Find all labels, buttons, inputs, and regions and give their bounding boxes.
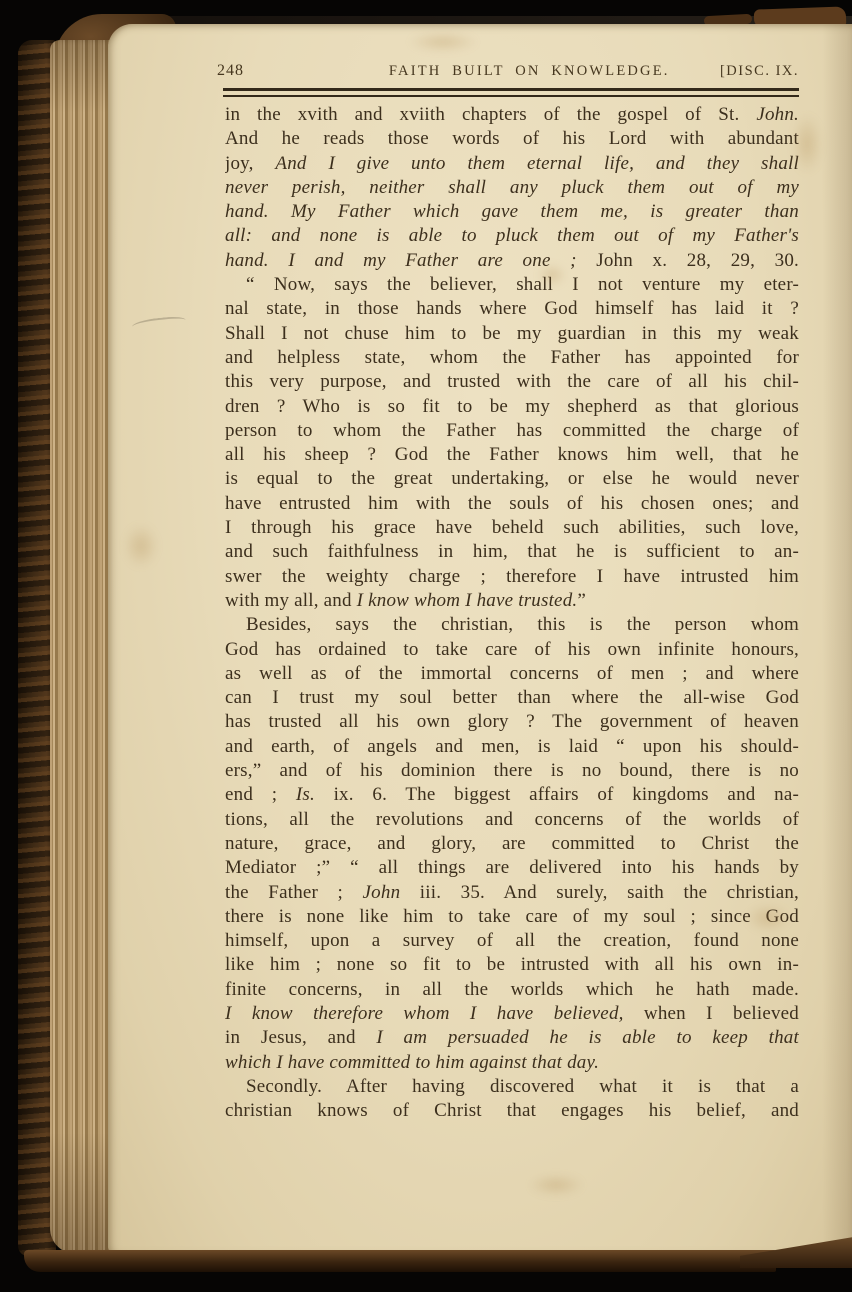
text-line: himself, upon a survey of all the creati… — [225, 929, 799, 953]
text-segment: ” — [577, 590, 586, 611]
text-line: swer the weighty charge ; therefore I ha… — [225, 565, 799, 589]
text-segment: christian knows of Christ that engages h… — [225, 1100, 799, 1121]
text-segment: is equal to the great undertaking, or el… — [225, 468, 799, 489]
text-segment: person to whom the Father has committed … — [225, 420, 799, 441]
text-line: all: and none is able to pluck them out … — [225, 224, 799, 248]
italic-text-segment: all: and none is able to pluck them out … — [225, 225, 799, 246]
text-segment: iii. 35. And surely, saith the christian… — [400, 882, 799, 903]
text-line: nal state, in those hands where God hims… — [225, 297, 799, 321]
text-segment: And he reads those words of his Lord wit… — [225, 128, 799, 149]
text-line: with my all, and I know whom I have trus… — [225, 589, 799, 613]
book-page: 248 FAITH BUILT ON KNOWLEDGE. [DISC. IX.… — [108, 24, 852, 1252]
text-segment: Shall I not chuse him to be my guardian … — [225, 323, 799, 344]
text-segment: Besides, says the christian, this is the… — [246, 614, 799, 635]
text-line: and such faithfulness in him, that he is… — [225, 540, 799, 564]
text-line: never perish, neither shall any pluck th… — [225, 176, 799, 200]
italic-text-segment: John. — [756, 104, 799, 125]
text-segment: dren ? Who is so fit to be my shepherd a… — [225, 396, 799, 417]
text-segment: the Father ; — [225, 882, 363, 903]
text-line: “ Now, says the believer, shall I not ve… — [225, 273, 799, 297]
italic-text-segment: which I have committed to him against th… — [225, 1052, 599, 1073]
italic-text-segment: I know whom I have trusted. — [357, 590, 578, 611]
paper-stain — [792, 114, 822, 174]
text-line: joy, And I give unto them eternal life, … — [225, 152, 799, 176]
running-header: 248 FAITH BUILT ON KNOWLEDGE. [DISC. IX. — [225, 62, 799, 84]
text-line: and earth, of angels and men, is laid “ … — [225, 735, 799, 759]
text-segment: God has ordained to take care of his own… — [225, 639, 799, 660]
text-segment: have entrusted him with the souls of his… — [225, 493, 799, 514]
text-segment: when I believed — [624, 1003, 799, 1024]
double-rule — [223, 88, 799, 97]
text-line: Shall I not chuse him to be my guardian … — [225, 322, 799, 346]
text-line: has trusted all his own glory ? The gove… — [225, 710, 799, 734]
text-line: Secondly. After having discovered what i… — [225, 1075, 799, 1099]
text-segment: and helpless state, whom the Father has … — [225, 347, 799, 368]
text-segment: “ Now, says the believer, shall I not ve… — [246, 274, 799, 295]
text-segment: nal state, in those hands where God hims… — [225, 298, 799, 319]
text-segment: can I trust my soul better than where th… — [225, 687, 799, 708]
paper-stain — [124, 524, 158, 568]
text-line: which I have committed to him against th… — [225, 1051, 799, 1075]
text-segment: and earth, of angels and men, is laid “ … — [225, 736, 799, 757]
text-line: can I trust my soul better than where th… — [225, 686, 799, 710]
text-segment: end ; — [225, 784, 296, 805]
text-segment: ix. 6. The biggest affairs of kingdoms a… — [315, 784, 799, 805]
paper-stain — [538, 264, 566, 286]
text-line: as well as of the immortal concerns of m… — [225, 662, 799, 686]
text-segment: as well as of the immortal concerns of m… — [225, 663, 799, 684]
italic-text-segment: Is. — [296, 784, 315, 805]
text-line: end ; Is. ix. 6. The biggest affairs of … — [225, 783, 799, 807]
text-segment: I through his grace have beheld such abi… — [225, 517, 799, 538]
text-segment: Secondly. After having discovered what i… — [246, 1076, 799, 1097]
text-segment: this very purpose, and trusted with the … — [225, 371, 799, 392]
text-segment: ers,” and of his dominion there is no bo… — [225, 760, 799, 781]
text-line: I through his grace have beheld such abi… — [225, 516, 799, 540]
text-segment: John x. 28, 29, 30. — [577, 250, 799, 271]
italic-text-segment: I know therefore whom I have believed, — [225, 1003, 624, 1024]
text-segment: tions, all the revolutions and concerns … — [225, 809, 799, 830]
paper-stain — [746, 904, 790, 932]
text-segment: joy, — [225, 153, 275, 174]
text-line: is equal to the great undertaking, or el… — [225, 467, 799, 491]
text-line: person to whom the Father has committed … — [225, 419, 799, 443]
italic-text-segment: John — [363, 882, 401, 903]
text-line: tions, all the revolutions and concerns … — [225, 808, 799, 832]
text-segment: has trusted all his own glory ? The gove… — [225, 711, 799, 732]
italic-text-segment: I am persuaded he is able to keep that — [376, 1027, 799, 1048]
text-line: in the xvith and xviith chapters of the … — [225, 103, 799, 127]
italic-text-segment: hand. I and my Father are one ; — [225, 250, 577, 271]
italic-text-segment: And I give unto them eternal life, and t… — [275, 153, 799, 174]
page-number: 248 — [217, 62, 244, 80]
text-segment: nature, grace, and glory, are committed … — [225, 833, 799, 854]
text-line: christian knows of Christ that engages h… — [225, 1099, 799, 1123]
text-line: this very purpose, and trusted with the … — [225, 370, 799, 394]
paper-stain — [528, 1174, 584, 1196]
text-segment: himself, upon a survey of all the creati… — [225, 930, 799, 951]
text-line: dren ? Who is so fit to be my shepherd a… — [225, 395, 799, 419]
text-segment: in Jesus, and — [225, 1027, 376, 1048]
book-scan: 248 FAITH BUILT ON KNOWLEDGE. [DISC. IX.… — [0, 0, 852, 1292]
text-line: nature, grace, and glory, are committed … — [225, 832, 799, 856]
text-segment: all his sheep ? God the Father knows him… — [225, 444, 799, 465]
text-segment: finite concerns, in all the worlds which… — [225, 979, 799, 1000]
text-line: the Father ; John iii. 35. And surely, s… — [225, 881, 799, 905]
text-line: God has ordained to take care of his own… — [225, 638, 799, 662]
text-segment: in the xvith and xviith chapters of the … — [225, 104, 756, 125]
text-segment: swer the weighty charge ; therefore I ha… — [225, 566, 799, 587]
text-line: Besides, says the christian, this is the… — [225, 613, 799, 637]
text-line: all his sheep ? God the Father knows him… — [225, 443, 799, 467]
text-line: finite concerns, in all the worlds which… — [225, 978, 799, 1002]
paper-stain — [408, 32, 478, 52]
running-header-title: FAITH BUILT ON KNOWLEDGE. — [389, 63, 670, 80]
section-label: [DISC. IX. — [720, 63, 799, 80]
italic-text-segment: hand. My Father which gave them me, is g… — [225, 201, 799, 222]
text-segment: Mediator ;” “ all things are delivered i… — [225, 857, 799, 878]
text-line: like him ; none so fit to be intrusted w… — [225, 953, 799, 977]
text-line: have entrusted him with the souls of his… — [225, 492, 799, 516]
text-segment: and such faithfulness in him, that he is… — [225, 541, 799, 562]
italic-text-segment: never perish, neither shall any pluck th… — [225, 177, 799, 198]
text-segment: like him ; none so fit to be intrusted w… — [225, 954, 799, 975]
stacked-page-edges — [50, 40, 116, 1254]
text-line: and helpless state, whom the Father has … — [225, 346, 799, 370]
text-line: And he reads those words of his Lord wit… — [225, 127, 799, 151]
text-line: there is none like him to take care of m… — [225, 905, 799, 929]
body-text: in the xvith and xviith chapters of the … — [225, 103, 799, 1123]
text-line: hand. My Father which gave them me, is g… — [225, 200, 799, 224]
text-line: ers,” and of his dominion there is no bo… — [225, 759, 799, 783]
text-segment: with my all, and — [225, 590, 357, 611]
text-line: Mediator ;” “ all things are delivered i… — [225, 856, 799, 880]
text-segment: there is none like him to take care of m… — [225, 906, 799, 927]
text-line: I know therefore whom I have believed, w… — [225, 1002, 799, 1026]
bottom-cover-edge — [24, 1250, 776, 1272]
text-line: in Jesus, and I am persuaded he is able … — [225, 1026, 799, 1050]
text-line: hand. I and my Father are one ; John x. … — [225, 249, 799, 273]
